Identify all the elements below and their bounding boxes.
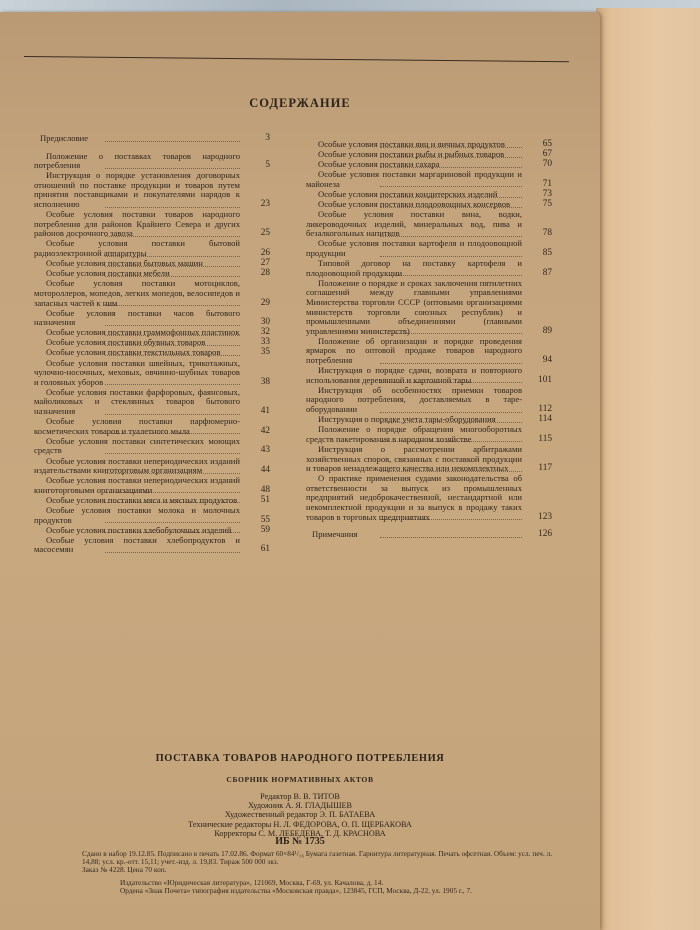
dot-leader bbox=[105, 433, 240, 434]
toc-entry-page: 59 bbox=[244, 526, 270, 536]
book-page: СОДЕРЖАНИЕ Предисловие3Положение о поста… bbox=[0, 12, 600, 930]
dot-leader bbox=[105, 335, 240, 336]
dot-leader bbox=[105, 325, 240, 326]
dot-leader bbox=[380, 275, 522, 276]
toc-entry-title: Особые условия поставки хлебобулочных из… bbox=[34, 526, 270, 536]
facing-page bbox=[596, 8, 700, 930]
toc-entry-page: 42 bbox=[244, 427, 270, 437]
page-title: СОДЕРЖАНИЕ bbox=[0, 96, 600, 111]
toc-entry-page: 29 bbox=[244, 299, 270, 309]
publisher-details: Издательство «Юридическая литература», 1… bbox=[120, 879, 600, 895]
dot-leader bbox=[105, 141, 240, 142]
toc-entry-title: Особые условия поставки вина, водки, лик… bbox=[306, 210, 552, 239]
toc-entry-page: 35 bbox=[244, 348, 270, 358]
toc-entry: Инструкция об особенностях приемки товар… bbox=[306, 386, 552, 415]
toc-entry: Инструкция о порядке сдачи, возврата и п… bbox=[306, 366, 552, 385]
dot-leader bbox=[380, 363, 522, 364]
print-line: Заказ № 4228. Цена 70 коп. bbox=[82, 866, 562, 874]
header-rule bbox=[24, 56, 569, 62]
print-line: Сдано в набор 19.12.85. Подписано в печа… bbox=[82, 850, 562, 866]
dot-leader bbox=[380, 382, 522, 383]
toc-entry-page: 41 bbox=[244, 407, 270, 417]
toc-entry-page: 55 bbox=[244, 516, 270, 526]
toc-entry-page: 75 bbox=[526, 200, 552, 210]
dot-leader bbox=[105, 256, 240, 257]
dot-leader bbox=[105, 276, 240, 277]
toc-right-column: Особые условия поставки яиц и яичных про… bbox=[306, 140, 552, 540]
toc-entry-page: 44 bbox=[244, 466, 270, 476]
dot-leader bbox=[105, 552, 240, 553]
toc-entry-page: 114 bbox=[526, 415, 552, 425]
publisher-line: Ордена «Знак Почета» типография издатель… bbox=[120, 887, 600, 895]
toc-entry: Особые условия поставки вина, водки, лик… bbox=[306, 210, 552, 239]
toc-entry-title: Особые условия поставки швейных, трикота… bbox=[34, 359, 270, 388]
credits-block: Редактор В. В. ТИТОВ Художник А. Я. ГЛАД… bbox=[0, 792, 600, 838]
toc-entry-page: 25 bbox=[244, 229, 270, 239]
toc-entry: Положение о порядке обращения многооборо… bbox=[306, 425, 552, 444]
ib-number: ИБ № 1735 bbox=[0, 836, 600, 847]
toc-entry: Особые условия поставки фарфоровых, фаян… bbox=[34, 388, 270, 417]
credit-line: Художник А. Я. ГЛАДЫШЕВ bbox=[0, 801, 600, 810]
toc-entry: Особые условия поставки бытовой радиоэле… bbox=[34, 239, 270, 258]
dot-leader bbox=[105, 168, 240, 169]
dot-leader bbox=[380, 412, 522, 413]
toc-entry: Особые условия поставки мотоциклов, мото… bbox=[34, 279, 270, 308]
dot-leader bbox=[380, 157, 522, 158]
toc-entry-page: 5 bbox=[244, 161, 270, 171]
toc-entry-page: 126 bbox=[526, 530, 552, 540]
toc-entry-page: 115 bbox=[526, 435, 552, 445]
dot-leader bbox=[105, 453, 240, 454]
toc-entry: Положение о поставках товаров народного … bbox=[34, 152, 270, 171]
dot-leader bbox=[105, 522, 240, 523]
toc-entry-page: 48 bbox=[244, 486, 270, 496]
dot-leader bbox=[105, 532, 240, 533]
toc-entry-page: 51 bbox=[244, 496, 270, 506]
toc-entry-page: 3 bbox=[244, 134, 270, 144]
toc-entry: Особые условия поставки парфюмерно-косме… bbox=[34, 417, 270, 436]
dot-leader bbox=[380, 256, 522, 257]
toc-entry-page: 78 bbox=[526, 229, 552, 239]
toc-entry: Особые условия поставки синтетических мо… bbox=[34, 437, 270, 456]
dot-leader bbox=[105, 236, 240, 237]
toc-entry-title: Особые условия поставки товаров народног… bbox=[34, 210, 270, 239]
toc-entry-page: 89 bbox=[526, 327, 552, 337]
toc-entry-page: 101 bbox=[526, 376, 552, 386]
toc-entry: Типовой договор на поставку картофеля и … bbox=[306, 259, 552, 278]
toc-entry: О практике применения судами законодател… bbox=[306, 474, 552, 522]
toc-entry: Особые условия поставки швейных, трикота… bbox=[34, 359, 270, 388]
toc-entry: Особые условия поставки товаров народног… bbox=[34, 210, 270, 239]
toc-entry-title: Инструкция о порядке установления догово… bbox=[34, 171, 270, 209]
dot-leader bbox=[380, 537, 522, 538]
toc-entry-page: 123 bbox=[526, 513, 552, 523]
toc-entry-page: 117 bbox=[526, 464, 552, 474]
credit-line: Редактор В. В. ТИТОВ bbox=[0, 792, 600, 801]
toc-entry-page: 38 bbox=[244, 378, 270, 388]
dot-leader bbox=[380, 207, 522, 208]
toc-entry: Инструкция о рассмотрении арбитражами хо… bbox=[306, 445, 552, 474]
dot-leader bbox=[105, 207, 240, 208]
dot-leader bbox=[380, 422, 522, 423]
toc-entry: Особые условия поставки картофеля и плод… bbox=[306, 239, 552, 258]
dot-leader bbox=[380, 236, 522, 237]
toc-entry: Особые условия поставки часов бытового н… bbox=[34, 309, 270, 328]
dot-leader bbox=[380, 186, 522, 187]
dot-leader bbox=[380, 167, 522, 168]
credit-line: Технические редакторы Н. Л. ФЕДОРОВА, О.… bbox=[0, 820, 600, 829]
toc-entry-page: 85 bbox=[526, 249, 552, 259]
dot-leader bbox=[380, 197, 522, 198]
dot-leader bbox=[380, 441, 522, 442]
dot-leader bbox=[105, 502, 240, 503]
dot-leader bbox=[105, 492, 240, 493]
toc-entry-title: Особые условия поставки фарфоровых, фаян… bbox=[34, 388, 270, 417]
toc-entry-page: 94 bbox=[526, 356, 552, 366]
toc-entry-title: Примечания bbox=[306, 530, 552, 540]
book-subtitle: СБОРНИК НОРМАТИВНЫХ АКТОВ bbox=[0, 775, 600, 784]
toc-entry: Особые условия поставки маргариновой про… bbox=[306, 170, 552, 189]
toc-entry: Примечания126 bbox=[306, 530, 552, 540]
dot-leader bbox=[105, 384, 240, 385]
dot-leader bbox=[105, 414, 240, 415]
dot-leader bbox=[105, 266, 240, 267]
toc-entry-title: О практике применения судами законодател… bbox=[306, 474, 552, 522]
toc-entry-title: Инструкция об особенностях приемки товар… bbox=[306, 386, 552, 415]
toc-entry-title: Положение об организации и порядке прове… bbox=[306, 337, 552, 366]
toc-entry: Положение об организации и порядке прове… bbox=[306, 337, 552, 366]
toc-entry-title: Особые условия поставки текстильных това… bbox=[34, 348, 270, 358]
toc-entry: Положение о порядке и сроках заключения … bbox=[306, 279, 552, 337]
toc-entry: Особые условия поставки непериодических … bbox=[34, 476, 270, 495]
toc-entry-title: Особые условия поставки мотоциклов, мото… bbox=[34, 279, 270, 308]
toc-entry: Предисловие3 bbox=[34, 134, 270, 144]
toc-entry: Особые условия поставки непериодических … bbox=[34, 457, 270, 476]
dot-leader bbox=[105, 345, 240, 346]
toc-entry-title: Инструкция о рассмотрении арбитражами хо… bbox=[306, 445, 552, 474]
toc-entry: Особые условия поставки хлебопродуктов и… bbox=[34, 536, 270, 555]
toc-entry: Особые условия поставки хлебобулочных из… bbox=[34, 526, 270, 536]
toc-entry: Особые условия поставки молока и молочны… bbox=[34, 506, 270, 525]
dot-leader bbox=[380, 333, 522, 334]
toc-entry: Инструкция о порядке установления догово… bbox=[34, 171, 270, 209]
dot-leader bbox=[380, 147, 522, 148]
toc-entry-page: 23 bbox=[244, 200, 270, 210]
dot-leader bbox=[380, 471, 522, 472]
print-details: Сдано в набор 19.12.85. Подписано в печа… bbox=[82, 850, 562, 875]
credit-line: Художественный редактор Э. П. БАТАЕВА bbox=[0, 810, 600, 819]
toc-entry-page: 70 bbox=[526, 160, 552, 170]
toc-entry-title: Предисловие bbox=[34, 134, 270, 144]
toc-entry-page: 43 bbox=[244, 446, 270, 456]
toc-entry-page: 61 bbox=[244, 545, 270, 555]
toc-entry-page: 28 bbox=[244, 269, 270, 279]
dot-leader bbox=[105, 355, 240, 356]
dot-leader bbox=[105, 473, 240, 474]
toc-entry-title: Положение о порядке и сроках заключения … bbox=[306, 279, 552, 337]
toc-entry: Особые условия поставки текстильных това… bbox=[34, 348, 270, 358]
toc-left-column: Предисловие3Положение о поставках товаро… bbox=[34, 134, 270, 555]
dot-leader bbox=[380, 519, 522, 520]
book-title: ПОСТАВКА ТОВАРОВ НАРОДНОГО ПОТРЕБЛЕНИЯ bbox=[0, 753, 600, 764]
toc-entry-page: 87 bbox=[526, 269, 552, 279]
dot-leader bbox=[105, 305, 240, 306]
